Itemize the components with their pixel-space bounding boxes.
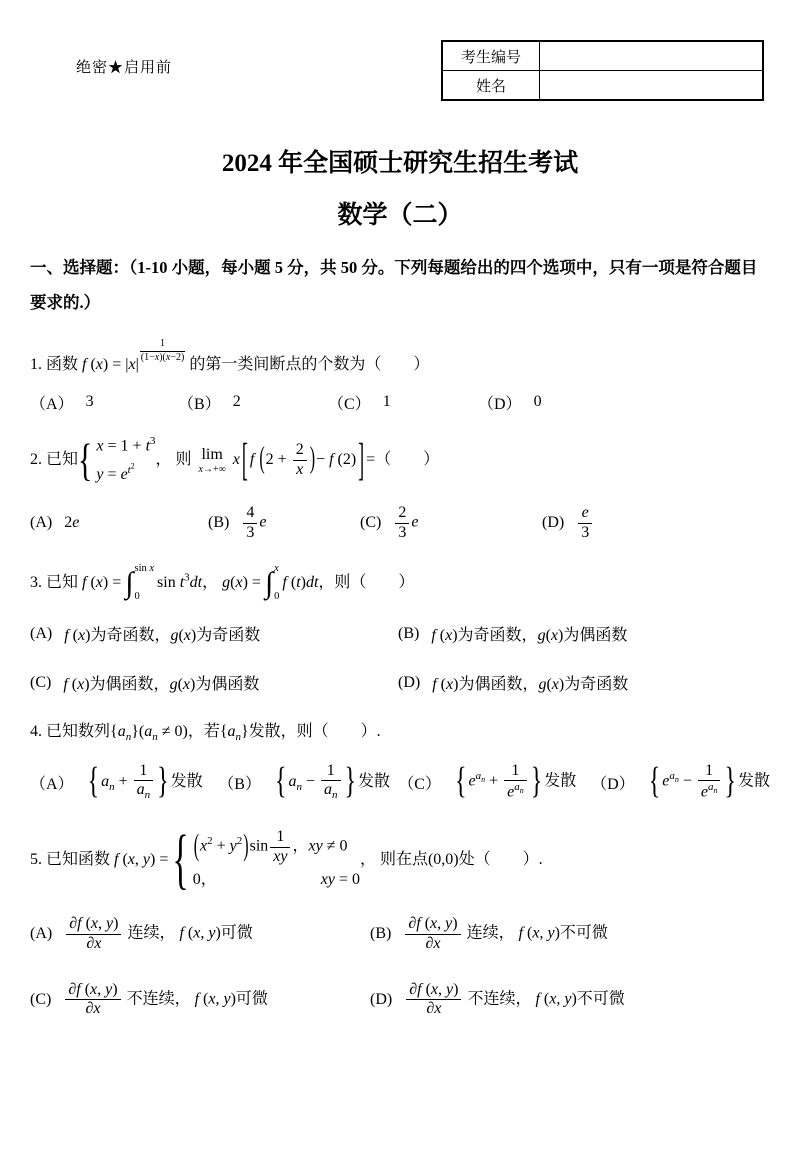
option-value: ∂f (x, y)∂x 不连续， f (x, y)不可微 [404,981,625,1019]
option-value: 0 [534,393,542,411]
candidate-id-field[interactable] [540,41,764,71]
option-value: 3 [86,393,94,411]
question-number: 4. [30,723,42,740]
option-value: 2 [233,393,241,411]
option-label: （C） [398,771,441,794]
question-number: 3. [30,574,42,591]
question-stem: 已知 f (x) = ∫sin x0sin t3dt， g(x) = ∫x0f … [46,574,414,591]
question-2: 2.已知{x = 1 + t3y = et2， 则 limx→+∞ x[f (2… [30,432,770,489]
option-label: (B) [370,925,391,943]
option-label: (C) [30,674,51,692]
option-a: (A)∂f (x, y)∂x 连续， f (x, y)可微 [30,915,370,953]
option-value: f (x)为偶函数，g(x)为偶函数 [63,671,259,694]
question-number: 2. [30,451,42,468]
question-4-options: （A）{an + 1an}发散 （B）{an − 1an}发散 （C）{ean … [30,762,770,802]
candidate-info-table: 考生编号 姓名 [441,40,764,101]
question-1: 1.函数 f (x) = |x|1(1−x)(x−2) 的第一类间断点的个数为（… [30,338,770,377]
option-value: 23e [393,504,418,542]
option-value: f (x)为偶函数，g(x)为奇函数 [432,671,628,694]
question-3-options: (A)f (x)为奇函数，g(x)为奇函数 (B)f (x)为奇函数，g(x)为… [30,622,770,694]
option-value: ∂f (x, y)∂x 连续， f (x, y)不可微 [403,915,608,953]
option-label: (B) [208,514,229,532]
option-value: {an − 1an}发散 [273,762,390,802]
option-label: （B） [178,391,221,414]
option-d: （D）{ean − 1ean}发散 [591,762,770,802]
option-d: (D)e3 [542,504,594,542]
option-value: {ean − 1ean}发散 [647,762,770,802]
section-header: 一、选择题：（1-10 小题，每小题 5 分，共 50 分。下列每题给出的四个选… [30,251,770,320]
option-value: 43e [241,504,266,542]
question-number: 1. [30,356,42,373]
question-number: 5. [30,851,42,868]
question-5: 5.已知函数 f (x, y) = {(x2 + y2)sin1xy，xy ≠ … [30,828,770,893]
question-stem: 函数 f (x) = |x|1(1−x)(x−2) 的第一类间断点的个数为（ ） [46,356,429,373]
option-value: 1 [383,393,391,411]
question-stem: 已知数列{an}(an ≠ 0)，若{an}发散，则（ ）. [46,723,381,740]
page-title: 2024 年全国硕士研究生招生考试 [30,143,770,179]
option-value: ∂f (x, y)∂x 不连续， f (x, y)可微 [63,981,268,1019]
option-b: （B）2 [178,391,328,414]
option-label: （C） [328,391,371,414]
option-label: (A) [30,625,52,643]
option-label: (C) [360,514,381,532]
option-label: (A) [30,925,52,943]
option-c: （C）{ean + 1ean}发散 [398,762,591,802]
option-label: (D) [398,674,420,692]
option-value: 2e [64,514,79,532]
candidate-name-label: 姓名 [442,71,540,101]
option-b: （B）{an − 1an}发散 [218,762,398,802]
question-2-options: (A)2e (B)43e (C)23e (D)e3 [30,504,770,542]
page-header: 绝密★启用前 考生编号 姓名 [30,40,770,101]
question-1-options: （A）3 （B）2 （C）1 （D）0 [30,391,770,414]
option-label: (B) [398,625,419,643]
option-a: （A）3 [30,391,178,414]
question-5-options: (A)∂f (x, y)∂x 连续， f (x, y)可微 (B)∂f (x, … [30,915,770,1019]
option-a: （A）{an + 1an}发散 [30,762,218,802]
option-d: （D）0 [478,391,542,414]
option-a: (A)f (x)为奇函数，g(x)为奇函数 [30,622,398,645]
option-c: (C)∂f (x, y)∂x 不连续， f (x, y)可微 [30,981,370,1019]
question-3: 3.已知 f (x) = ∫sin x0sin t3dt， g(x) = ∫x0… [30,564,770,602]
option-c: (C)f (x)为偶函数，g(x)为偶函数 [30,671,398,694]
table-row: 姓名 [442,71,763,101]
option-c: (C)23e [360,504,542,542]
option-c: （C）1 [328,391,478,414]
option-value: {ean + 1ean}发散 [453,762,576,802]
option-label: (D) [542,514,564,532]
question-stem: 已知{x = 1 + t3y = et2， 则 limx→+∞ x[f (2 +… [46,451,439,468]
option-value: ∂f (x, y)∂x 连续， f (x, y)可微 [64,915,253,953]
option-a: (A)2e [30,514,208,532]
option-value: e3 [576,504,594,542]
option-value: f (x)为奇函数，g(x)为奇函数 [64,622,260,645]
option-d: (D)∂f (x, y)∂x 不连续， f (x, y)不可微 [370,981,770,1019]
option-value: {an + 1an}发散 [86,762,203,802]
exam-page: 绝密★启用前 考生编号 姓名 2024 年全国硕士研究生招生考试 数学（二） 一… [0,0,800,1019]
question-4: 4.已知数列{an}(an ≠ 0)，若{an}发散，则（ ）. [30,720,770,746]
option-label: （A） [30,771,74,794]
option-b: (B)f (x)为奇函数，g(x)为偶函数 [398,622,770,645]
table-row: 考生编号 [442,41,763,71]
option-value: f (x)为奇函数，g(x)为偶函数 [431,622,627,645]
candidate-name-field[interactable] [540,71,764,101]
option-label: （B） [218,771,261,794]
option-label: (D) [370,991,392,1009]
page-subtitle: 数学（二） [30,195,770,231]
option-b: (B)43e [208,504,360,542]
option-label: (A) [30,514,52,532]
option-d: (D)f (x)为偶函数，g(x)为奇函数 [398,671,770,694]
option-b: (B)∂f (x, y)∂x 连续， f (x, y)不可微 [370,915,770,953]
option-label: （D） [591,771,635,794]
candidate-id-label: 考生编号 [442,41,540,71]
option-label: （D） [478,391,522,414]
question-stem: 已知函数 f (x, y) = {(x2 + y2)sin1xy，xy ≠ 00… [46,851,543,868]
option-label: （A） [30,391,74,414]
classification-label: 绝密★启用前 [76,56,172,77]
option-label: (C) [30,991,51,1009]
